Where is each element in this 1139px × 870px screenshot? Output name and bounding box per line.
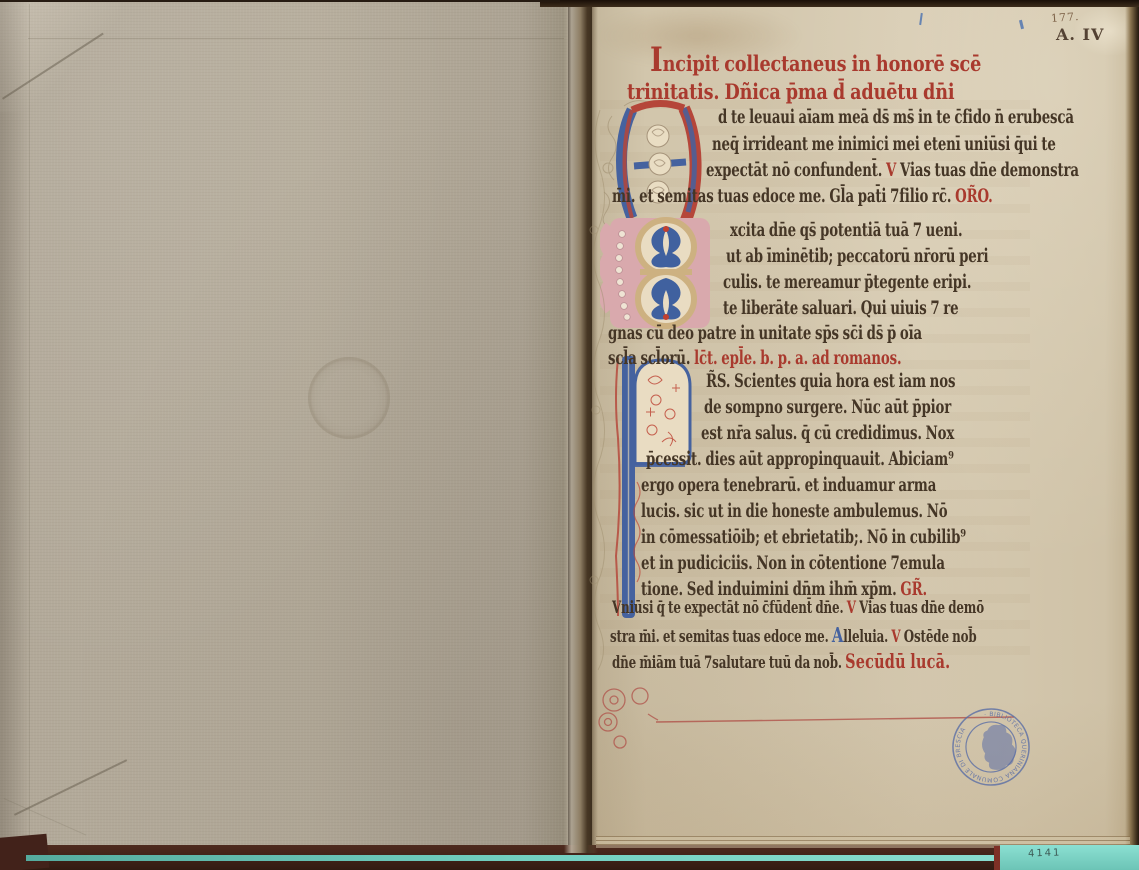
text-line: in cōmessatiōib; et ebrietatib;. Nō in c… [641,526,966,548]
folio-number: 177. [1051,10,1080,25]
illuminated-initial-E [600,214,718,332]
blind-stamp-impression [308,357,390,439]
illuminated-initial-A [598,96,718,230]
text-line: te liberāte saluari. Qui uiuis 7 re [723,297,958,319]
text-line: tione. Sed induimini dn̄m ihm̄ xp̄m. GR̃… [641,578,927,600]
text-line: lucis. sic ut in die honeste ambulemus. … [641,500,947,522]
text-line: dn̄e m̄iām tuā 7salutare tuū da nob̄. Se… [612,649,950,673]
text-line: expectāt nō confundent̄. V Vias tuas dn̄… [706,159,1079,181]
text-line: ut ab īminētib; peccatorū nr̄orū peri [726,245,988,267]
text-line: culis. te mereamur p̄tegente eripi. [723,271,971,293]
text-line: et in pudiciciis. Non in cōtentione 7emu… [641,552,945,574]
text-line: Vniūsi q̄ te expectāt nō c̄fūdent̄ dn̄e.… [612,598,984,617]
color-strip-edge [26,855,1139,861]
text-line: m̄i. et semitas tuas edoce me. Gl̄a pat̄… [612,185,993,207]
text-line: gnas cū deo patre in unitate sp̄s sc̄i d… [608,322,922,344]
top-edge-line [0,0,560,2]
text-line: neq̄ irrideant me inimici mei etenī uniū… [712,133,1056,155]
rubric-feast-line: trinitatis. Dñica p̄ma d̄ aduētu dn̄i [627,80,954,105]
left-edge-shade [0,2,30,853]
fore-edge [1125,5,1139,850]
turn-in-crease [29,4,30,852]
text-line: est nr̄a salus. q̄ cū credidimus. Nox [701,422,954,444]
penwork-flourish [584,110,610,710]
bottom-diagonal-crease [14,759,127,815]
board-corner [0,834,49,870]
text-line: ergo opera tenebrarū. et induamur arma [641,474,936,496]
manuscript-photo: { "colors": { "rubric_red": "#a93a2e", "… [0,0,1139,870]
text-line: de sompno surgere. Nūc aūt p̄pior [704,396,951,418]
text-line: stra m̄i. et semitas tuas edoce me. Alle… [610,623,977,647]
top-seam-crease [28,38,564,39]
top-board-edge [540,0,1139,7]
text-line: d te leuaui aīam meā ds̄ ms̄ in te c̄fid… [718,106,1074,128]
library-stamp: · BIBLIOTECA QUERINIANA COMUNALE DI BRES… [940,696,1042,798]
rubric-incipit-line: Incipit collectaneus in honorē scē [650,47,981,77]
text-line: scl̄a scl̄orū. lc̄t. epl̄e. b. p. a. ad … [608,347,901,369]
stamp-lion-emblem [978,722,1019,773]
text-line: p̄cessit. dies aūt appropinquauit. Abici… [646,448,954,470]
quire-signature: A. IV [1056,25,1104,44]
bottom-edge-notation: 4141 [1028,847,1062,859]
text-line: R̃S. Scientes quia hora est iam nos [706,370,955,392]
text-line: xcita dn̄e qs̄ potentiā tuā 7 ueni. [730,219,962,241]
color-reference-strip [1000,845,1139,870]
left-cloth-page [0,2,568,853]
